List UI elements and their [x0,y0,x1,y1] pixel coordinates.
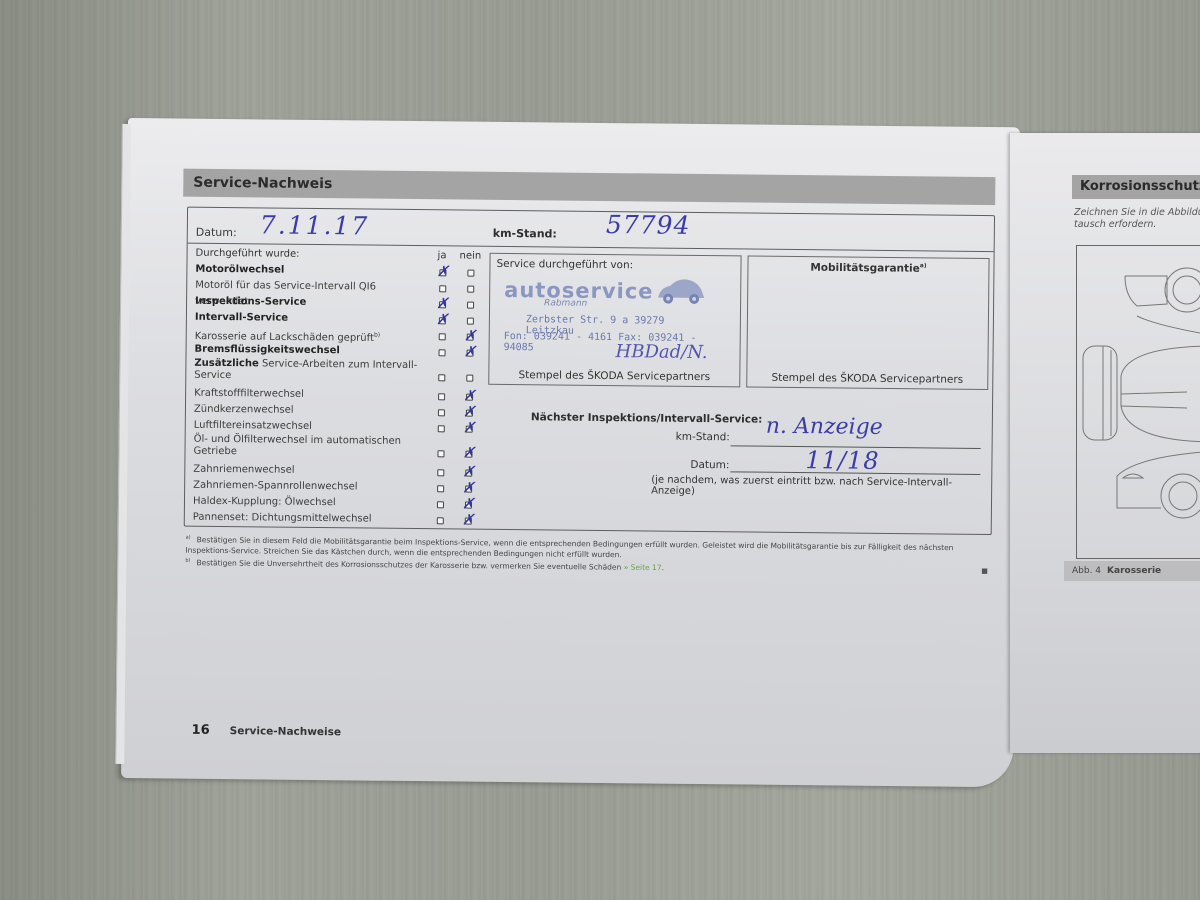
checkbox-nein[interactable]: ✗ [465,470,472,477]
check-mark-icon: ✗ [436,296,449,311]
checkbox-nein[interactable] [467,318,474,325]
service-stamp-box: Service durchgeführt von: autoservice Ra… [488,253,741,388]
car-body-diagram [1076,245,1200,559]
checkbox-nein[interactable]: ✗ [467,350,474,357]
service-form: Datum: 7.11.17 km-Stand: 57794 Durchgefü… [184,207,995,535]
page-footer: 16 Service-Nachweise [192,723,342,740]
checklist-heading: Durchgeführt wurde: [196,248,300,260]
checkbox-ja[interactable] [437,501,444,508]
stamp-subtitle: Rabmann [544,298,587,308]
checkbox-nein[interactable]: ✗ [466,426,473,433]
page-link[interactable]: » Seite 17 [624,562,662,571]
checkbox-nein[interactable] [467,270,474,277]
checkbox-nein[interactable]: ✗ [466,410,473,417]
datum-label: Datum: [196,226,237,239]
mobility-box-footer: Stempel des ŠKODA Servicepartners [747,371,987,386]
checkbox-ja[interactable] [437,517,444,524]
next-service-title: Nächster Inspektions/Intervall-Service: [531,411,763,425]
check-mark-icon: ✗ [462,497,475,512]
check-mark-icon: ✗ [463,345,476,360]
checklist-item: Zusätzliche Service-Arbeiten zum Interva… [194,358,494,389]
checkbox-ja[interactable] [438,425,445,432]
checkbox-nein[interactable]: ✗ [465,486,472,493]
end-marker-icon: ■ [981,567,988,575]
checkbox-nein[interactable]: ✗ [465,502,472,509]
header-row: Datum: 7.11.17 km-Stand: 57794 [188,208,994,252]
next-date-label: Datum: [690,459,729,471]
km-label: km-Stand: [493,227,557,241]
checkbox-nein[interactable] [467,286,474,293]
checkbox-ja[interactable] [439,333,446,340]
left-page: Service-Nachweis Datum: 7.11.17 km-Stand… [121,118,1020,787]
checkbox-nein[interactable]: ✗ [465,518,472,525]
figure-caption: Abb. 4Karosserie [1064,561,1200,581]
next-km-value[interactable]: n. Anzeige [766,414,883,440]
section-title: Service-Nachweis [183,169,995,206]
check-mark-icon: ✗ [462,446,475,461]
mobility-box-title: Mobilitätsgarantiea) [748,261,988,276]
check-mark-icon: ✗ [436,264,449,279]
car-icon [654,276,706,307]
right-page: Korrosionsschutz Zeichnen Sie in die Abb… [1010,133,1200,753]
next-service-note: (je nachdem, was zuerst eintritt bzw. na… [651,474,991,500]
checkbox-ja[interactable] [438,393,445,400]
check-mark-icon: ✗ [462,465,475,480]
next-km-label: km-Stand: [676,431,730,444]
checkbox-ja[interactable] [438,374,445,381]
car-outline-icon [1077,246,1200,560]
checklist-item: Pannenset: Dichtungsmittelwechsel✗ [193,510,493,529]
checkbox-nein[interactable]: ✗ [465,451,472,458]
checkbox-ja[interactable] [437,485,444,492]
footnotes: a)Bestätigen Sie in diesem Feld die Mobi… [185,533,993,576]
check-mark-icon: ✗ [463,421,476,436]
checkbox-ja[interactable] [439,285,446,292]
check-mark-icon: ✗ [464,329,477,344]
service-box-footer: Stempel des ŠKODA Servicepartners [489,369,739,384]
checkbox-nein[interactable] [467,302,474,309]
mobility-stamp-box: Mobilitätsgarantiea) Stempel des ŠKODA S… [746,255,989,390]
chapter-title: Service-Nachweise [230,725,341,738]
dealer-stamp: autoservice Rabmann Zerbster Str. 9 a 39… [503,278,704,362]
checkbox-nein[interactable]: ✗ [467,334,474,341]
checklist-item-label: Zusätzliche Service-Arbeiten zum Interva… [194,358,420,384]
checkbox-ja[interactable]: ✗ [439,317,446,324]
checkbox-ja[interactable] [437,469,444,476]
check-mark-icon: ✗ [462,481,475,496]
datum-value[interactable]: 7.11.17 [260,210,370,240]
service-box-title: Service durchgeführt von: [496,258,633,271]
checkbox-nein[interactable]: ✗ [466,394,473,401]
check-mark-icon: ✗ [462,513,475,528]
checklist-item: Öl- und Ölfilterwechsel im automatischen… [193,434,493,465]
page-number: 16 [192,723,210,738]
right-intro: Zeichnen Sie in die Abbildu tausch erfor… [1074,207,1200,231]
checkbox-nein[interactable] [466,375,473,382]
checklist-item-label: Öl- und Ölfilterwechsel im automatischen… [193,434,419,460]
right-section-title: Korrosionsschutz [1072,175,1200,199]
next-date-value[interactable]: 11/18 [805,446,879,475]
check-mark-icon: ✗ [463,389,476,404]
checkbox-ja[interactable] [438,409,445,416]
checkbox-ja[interactable] [439,349,446,356]
col-nein: nein [460,250,482,261]
checkbox-ja[interactable] [437,450,444,457]
signature: HBDad/N. [615,341,707,363]
col-ja: ja [438,250,447,261]
check-mark-icon: ✗ [463,405,476,420]
checkbox-ja[interactable]: ✗ [439,269,446,276]
check-mark-icon: ✗ [436,312,449,327]
checkbox-ja[interactable]: ✗ [439,301,446,308]
checklist-header: Durchgeführt wurde: ja nein [188,248,488,251]
checklist: Motorölwechsel✗Motoröl für das Service-I… [193,262,496,529]
km-value[interactable]: 57794 [606,210,691,240]
checklist-item-label: Pannenset: Dichtungsmittelwechsel [193,510,419,528]
